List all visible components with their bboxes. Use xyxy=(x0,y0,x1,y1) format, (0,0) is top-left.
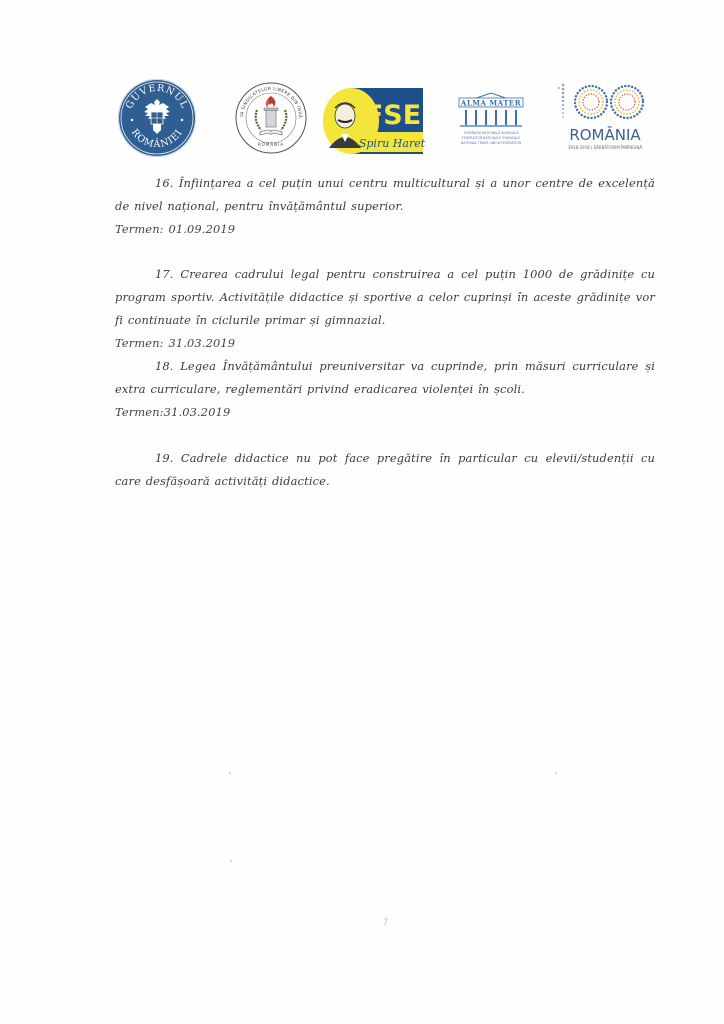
svg-text:1918-2018 | SĂRBĂTORIM ÎMPREUN: 1918-2018 | SĂRBĂTORIM ÎMPREUNĂ xyxy=(568,145,642,150)
item-19: 19. Cadrele didactice nu pot face pregăt… xyxy=(115,447,655,493)
item-18: 18. Legea Învățământului preuniversitar … xyxy=(115,355,655,401)
term-date: 31.03.2019 xyxy=(164,405,231,419)
fsli-logo: FEDERAȚIA SINDICATELOR LIBERE DIN ÎNVĂȚĂ… xyxy=(233,80,309,156)
term-date: 01.09.2019 xyxy=(168,222,235,236)
svg-text:ROMÂNIA: ROMÂNIA xyxy=(258,142,284,147)
scan-speck xyxy=(230,860,232,862)
svg-text:ALMA MATER: ALMA MATER xyxy=(460,99,521,108)
fse-spiru-haret-logo: FSE Spiru Haret xyxy=(321,86,425,156)
item-text: Înființarea a cel puțin unui centru mult… xyxy=(115,176,655,213)
term-label: Termen: xyxy=(115,222,164,236)
term-date: 31.03.2019 xyxy=(168,336,235,350)
svg-text:FEDERATION NATIONALE SYNDICALE: FEDERATION NATIONALE SYNDICALE xyxy=(462,136,520,140)
alma-mater-logo: ALMA MATER FEDERAȚIA NAȚIONALĂ SINDICALĂ… xyxy=(451,90,531,150)
government-seal-icon: GUVERNUL ROMÂNIEI xyxy=(118,79,196,157)
item-number: 17. xyxy=(155,267,174,281)
logo-header: GUVERNUL ROMÂNIEI xyxy=(0,0,724,170)
guvernul-romaniei-logo: GUVERNUL ROMÂNIEI xyxy=(118,79,196,157)
item-17-deadline: Termen: 31.03.2019 xyxy=(115,332,235,355)
item-16-deadline: Termen: 01.09.2019 xyxy=(115,218,235,241)
item-number: 16. xyxy=(155,176,174,190)
document-page: GUVERNUL ROMÂNIEI xyxy=(0,0,724,1024)
fsli-seal-icon: FEDERAȚIA SINDICATELOR LIBERE DIN ÎNVĂȚĂ… xyxy=(233,80,309,156)
romania-100-logo: ROMÂNIA 1918-2018 | SĂRBĂTORIM ÎMPREUNĂ xyxy=(553,80,657,154)
temple-icon: ALMA MATER FEDERAȚIA NAȚIONALĂ SINDICALĂ… xyxy=(451,90,531,150)
svg-text:FSE: FSE xyxy=(365,100,421,131)
fse-logo-icon: FSE Spiru Haret xyxy=(321,86,425,156)
scan-speck xyxy=(555,772,557,774)
svg-text:FEDERAȚIA NAȚIONALĂ SINDICALĂ: FEDERAȚIA NAȚIONALĂ SINDICALĂ xyxy=(464,130,520,135)
item-text: Legea Învățământului preuniversitar va c… xyxy=(115,359,655,396)
item-text: Cadrele didactice nu pot face pregătire … xyxy=(115,451,655,488)
svg-text:ROMÂNIA: ROMÂNIA xyxy=(569,125,641,144)
term-label: Termen: xyxy=(115,405,164,419)
scan-speck xyxy=(229,772,231,774)
item-number: 18. xyxy=(155,359,174,373)
item-number: 19. xyxy=(155,451,174,465)
item-16: 16. Înființarea a cel puțin unui centru … xyxy=(115,172,655,218)
centenary-icon: ROMÂNIA 1918-2018 | SĂRBĂTORIM ÎMPREUNĂ xyxy=(553,80,657,154)
svg-text:Spiru Haret: Spiru Haret xyxy=(359,137,425,150)
term-label: Termen: xyxy=(115,336,164,350)
item-17: 17. Crearea cadrului legal pentru constr… xyxy=(115,263,655,332)
page-number: 7 xyxy=(383,917,388,927)
item-text: Crearea cadrului legal pentru construire… xyxy=(115,267,655,327)
item-18-deadline: Termen:31.03.2019 xyxy=(115,401,230,424)
svg-text:NATIONAL TRADE UNION FEDERATIO: NATIONAL TRADE UNION FEDERATION xyxy=(461,141,522,145)
